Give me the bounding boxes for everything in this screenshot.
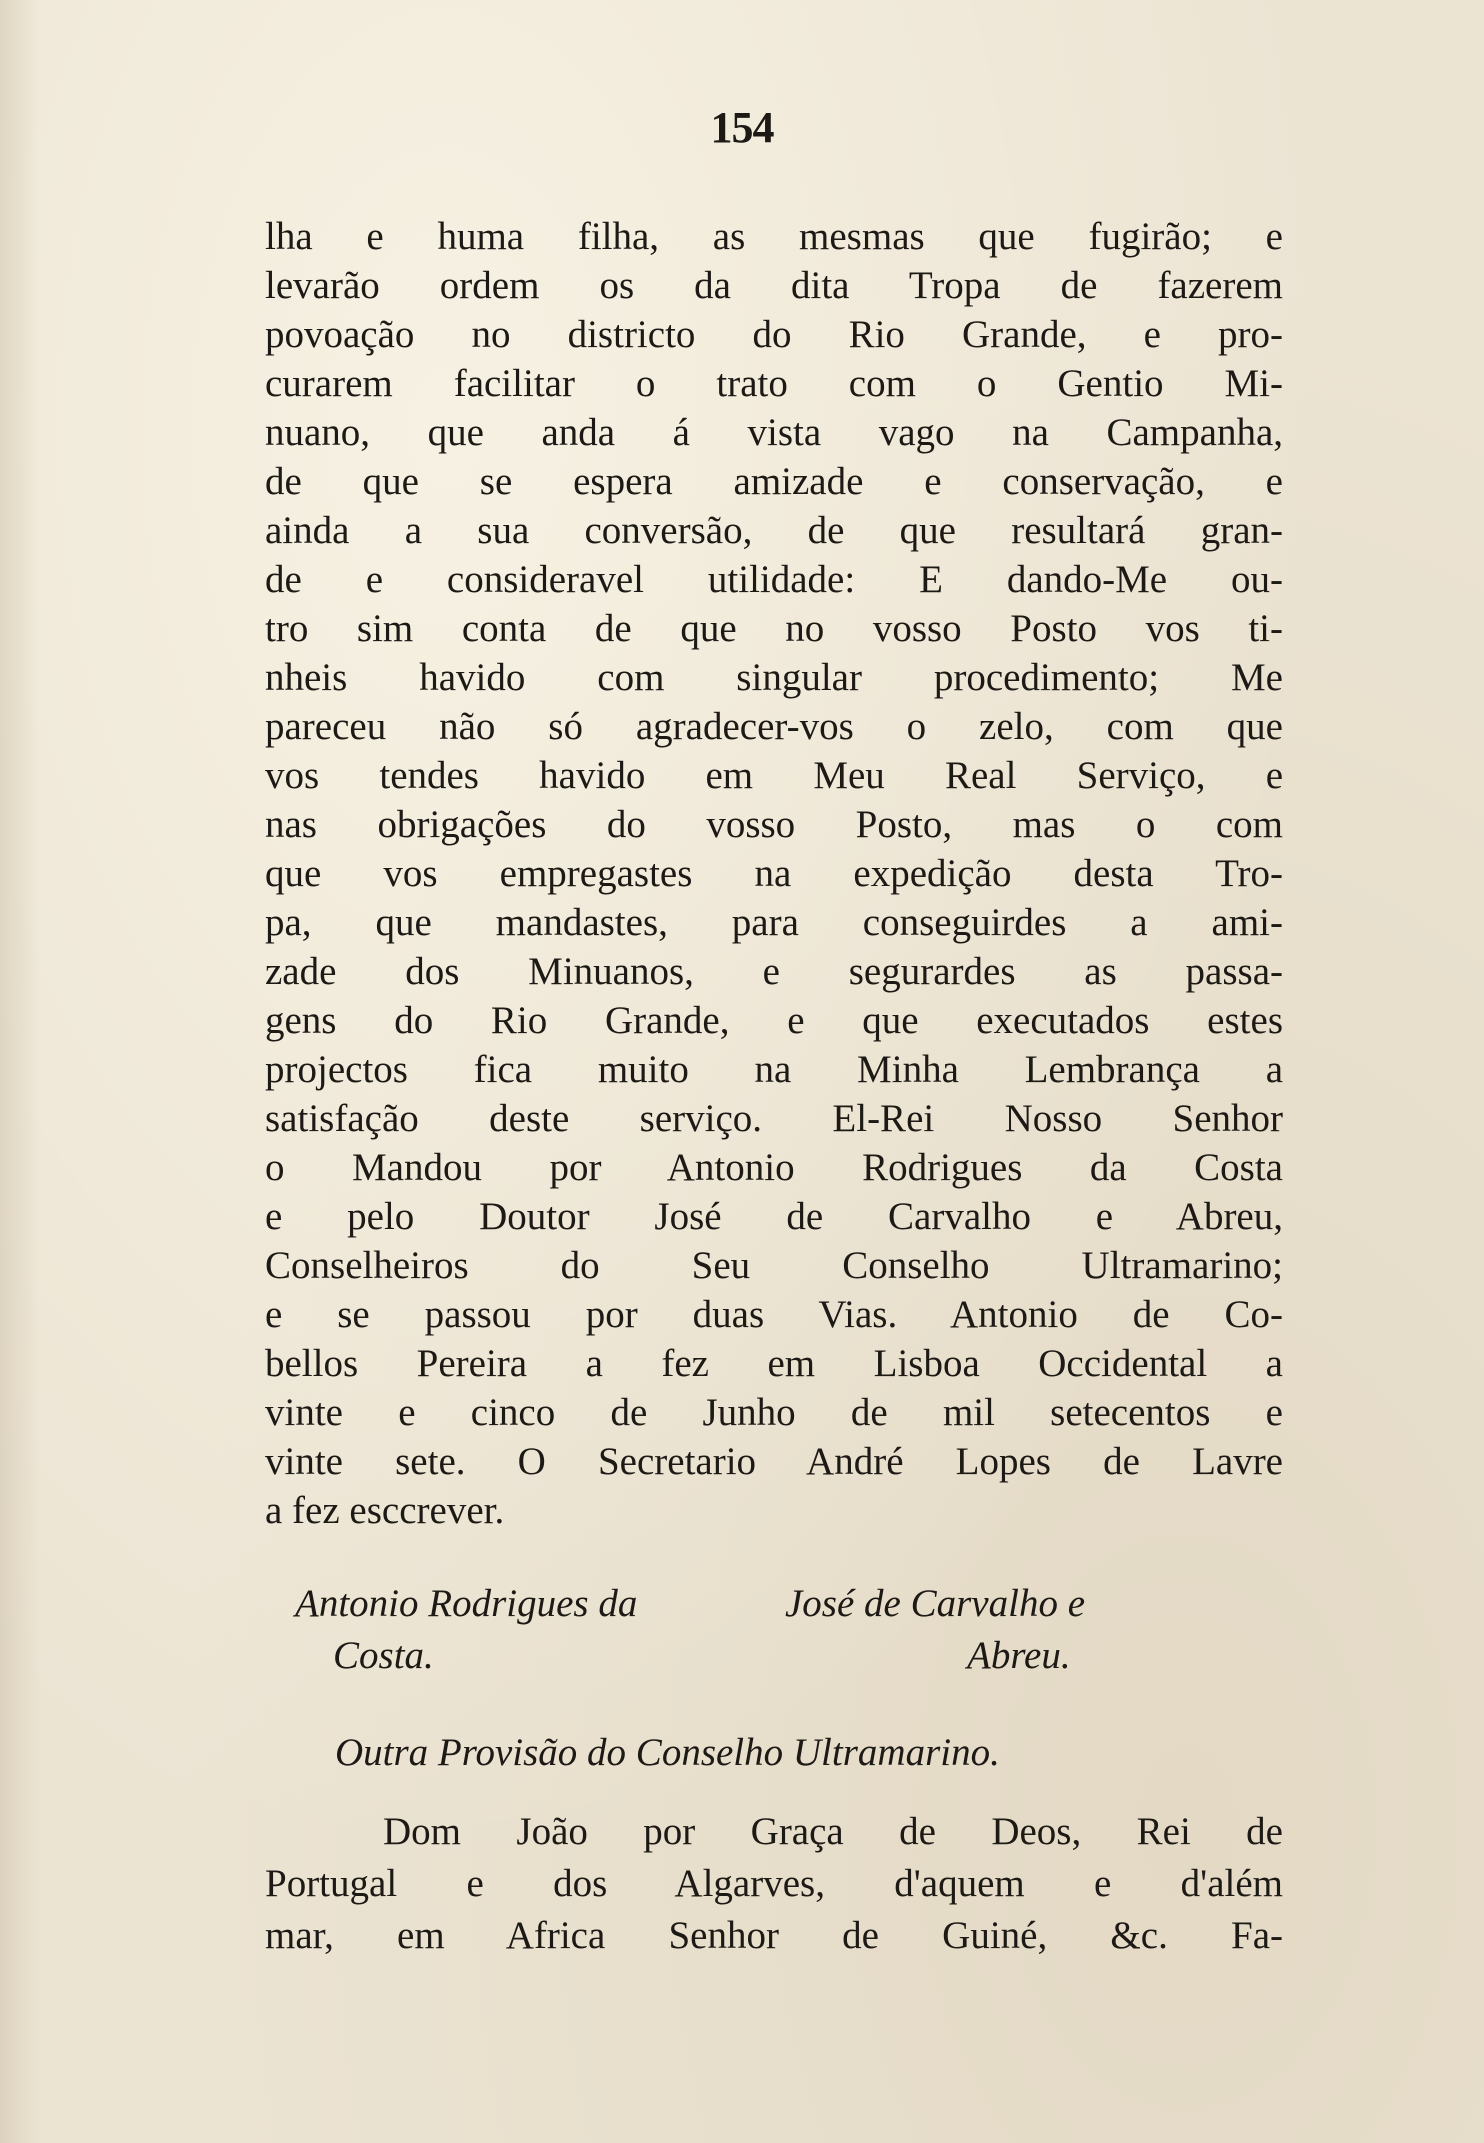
signature-block: Antonio Rodrigues da José de Carvalho e … xyxy=(295,1578,1285,1682)
text-line: zade dos Minuanos, e segurardes as passa… xyxy=(265,947,1283,996)
text-line: satisfação deste serviço. El-Rei Nosso S… xyxy=(265,1094,1283,1143)
signature-row: Costa. Abreu. xyxy=(295,1630,1285,1682)
section-heading: Outra Provisão do Conselho Ultramarino. xyxy=(335,1727,1275,1779)
text-line: mar, em Africa Senhor de Guiné, &c. Fa- xyxy=(265,1910,1283,1962)
text-line: vinte sete. O Secretario André Lopes de … xyxy=(265,1437,1283,1486)
text-line: nas obrigações do vosso Posto, mas o com xyxy=(265,800,1283,849)
text-line: Conselheiros do Seu Conselho Ultramarino… xyxy=(265,1241,1283,1290)
text-line: ainda a sua conversão, de que resultará … xyxy=(265,506,1283,555)
text-line: povoação no districto do Rio Grande, e p… xyxy=(265,310,1283,359)
body-paragraph: lha e huma filha, as mesmas que fugirão;… xyxy=(265,212,1283,1535)
signature-right-line1: José de Carvalho e xyxy=(785,1578,1285,1630)
text-line: vos tendes havido em Meu Real Serviço, e xyxy=(265,751,1283,800)
text-line: de que se espera amizade e conservação, … xyxy=(265,457,1283,506)
signature-row: Antonio Rodrigues da José de Carvalho e xyxy=(295,1578,1285,1630)
page-edge-shadow xyxy=(0,0,40,2143)
text-line: pareceu não só agradecer-vos o zelo, com… xyxy=(265,702,1283,751)
text-line: levarão ordem os da dita Tropa de fazere… xyxy=(265,261,1283,310)
text-line: bellos Pereira a fez em Lisboa Occidenta… xyxy=(265,1339,1283,1388)
text-line: vinte e cinco de Junho de mil setecentos… xyxy=(265,1388,1283,1437)
signature-left-line2: Costa. xyxy=(295,1630,785,1682)
signature-left-line1: Antonio Rodrigues da xyxy=(295,1578,785,1630)
signature-right-line2: Abreu. xyxy=(785,1630,1285,1682)
text-line: tro sim conta de que no vosso Posto vos … xyxy=(265,604,1283,653)
text-line: de e consideravel utilidade: E dando-Me … xyxy=(265,555,1283,604)
text-line: projectos fica muito na Minha Lembrança … xyxy=(265,1045,1283,1094)
section-paragraph: Dom João por Graça de Deos, Rei de Portu… xyxy=(265,1806,1283,1962)
text-line: pa, que mandastes, para conseguirdes a a… xyxy=(265,898,1283,947)
text-line: a fez esccrever. xyxy=(265,1486,1283,1535)
page-number: 154 xyxy=(0,102,1484,153)
text-line: que vos empregastes na expedição desta T… xyxy=(265,849,1283,898)
text-line: curarem facilitar o trato com o Gentio M… xyxy=(265,359,1283,408)
text-line: e pelo Doutor José de Carvalho e Abreu, xyxy=(265,1192,1283,1241)
text-line: lha e huma filha, as mesmas que fugirão;… xyxy=(265,212,1283,261)
text-line: Dom João por Graça de Deos, Rei de xyxy=(265,1806,1283,1858)
book-page: 154 lha e huma filha, as mesmas que fugi… xyxy=(0,0,1484,2143)
text-line: nheis havido com singular procedimento; … xyxy=(265,653,1283,702)
text-line: Portugal e dos Algarves, d'aquem e d'alé… xyxy=(265,1858,1283,1910)
text-line: o Mandou por Antonio Rodrigues da Costa xyxy=(265,1143,1283,1192)
text-line: e se passou por duas Vias. Antonio de Co… xyxy=(265,1290,1283,1339)
text-line: nuano, que anda á vista vago na Campanha… xyxy=(265,408,1283,457)
text-line: gens do Rio Grande, e que executados est… xyxy=(265,996,1283,1045)
